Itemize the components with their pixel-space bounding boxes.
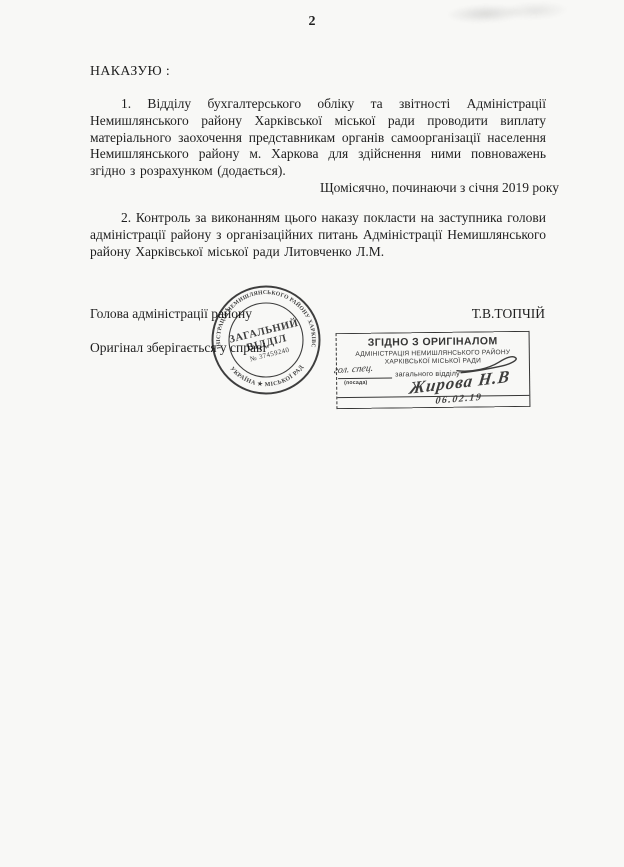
schedule-note: Щомісячно, починаючи з січня 2019 року xyxy=(90,180,559,196)
order-heading: НАКАЗУЮ : xyxy=(90,63,170,79)
order-paragraph-2: 2. Контроль за виконанням цього наказу п… xyxy=(90,210,546,260)
certification-stamp: ЗГІДНО З ОРИГІНАЛОМ АДМІНІСТРАЦІЯ НЕМИШЛ… xyxy=(336,331,531,409)
signatory-name: Т.В.ТОПЧІЙ xyxy=(472,306,545,322)
stamp-bottom-rule xyxy=(337,395,529,398)
document-page: 2 НАКАЗУЮ : 1. Відділу бухгалтерського о… xyxy=(0,0,624,867)
page-number: 2 xyxy=(0,14,624,30)
position-caption: (посада) xyxy=(344,379,367,385)
handwritten-position: гол. спец. xyxy=(333,363,374,377)
order-paragraph-1: 1. Відділу бухгалтерського обліку та зві… xyxy=(90,96,546,180)
round-seal-stamp: АДМІНІСТРАЦІЯ НЕМИШЛЯНСЬКОГО РАЙОНУ ХАРК… xyxy=(208,282,324,398)
certification-stamp-title: ЗГІДНО З ОРИГІНАЛОМ xyxy=(337,335,529,349)
